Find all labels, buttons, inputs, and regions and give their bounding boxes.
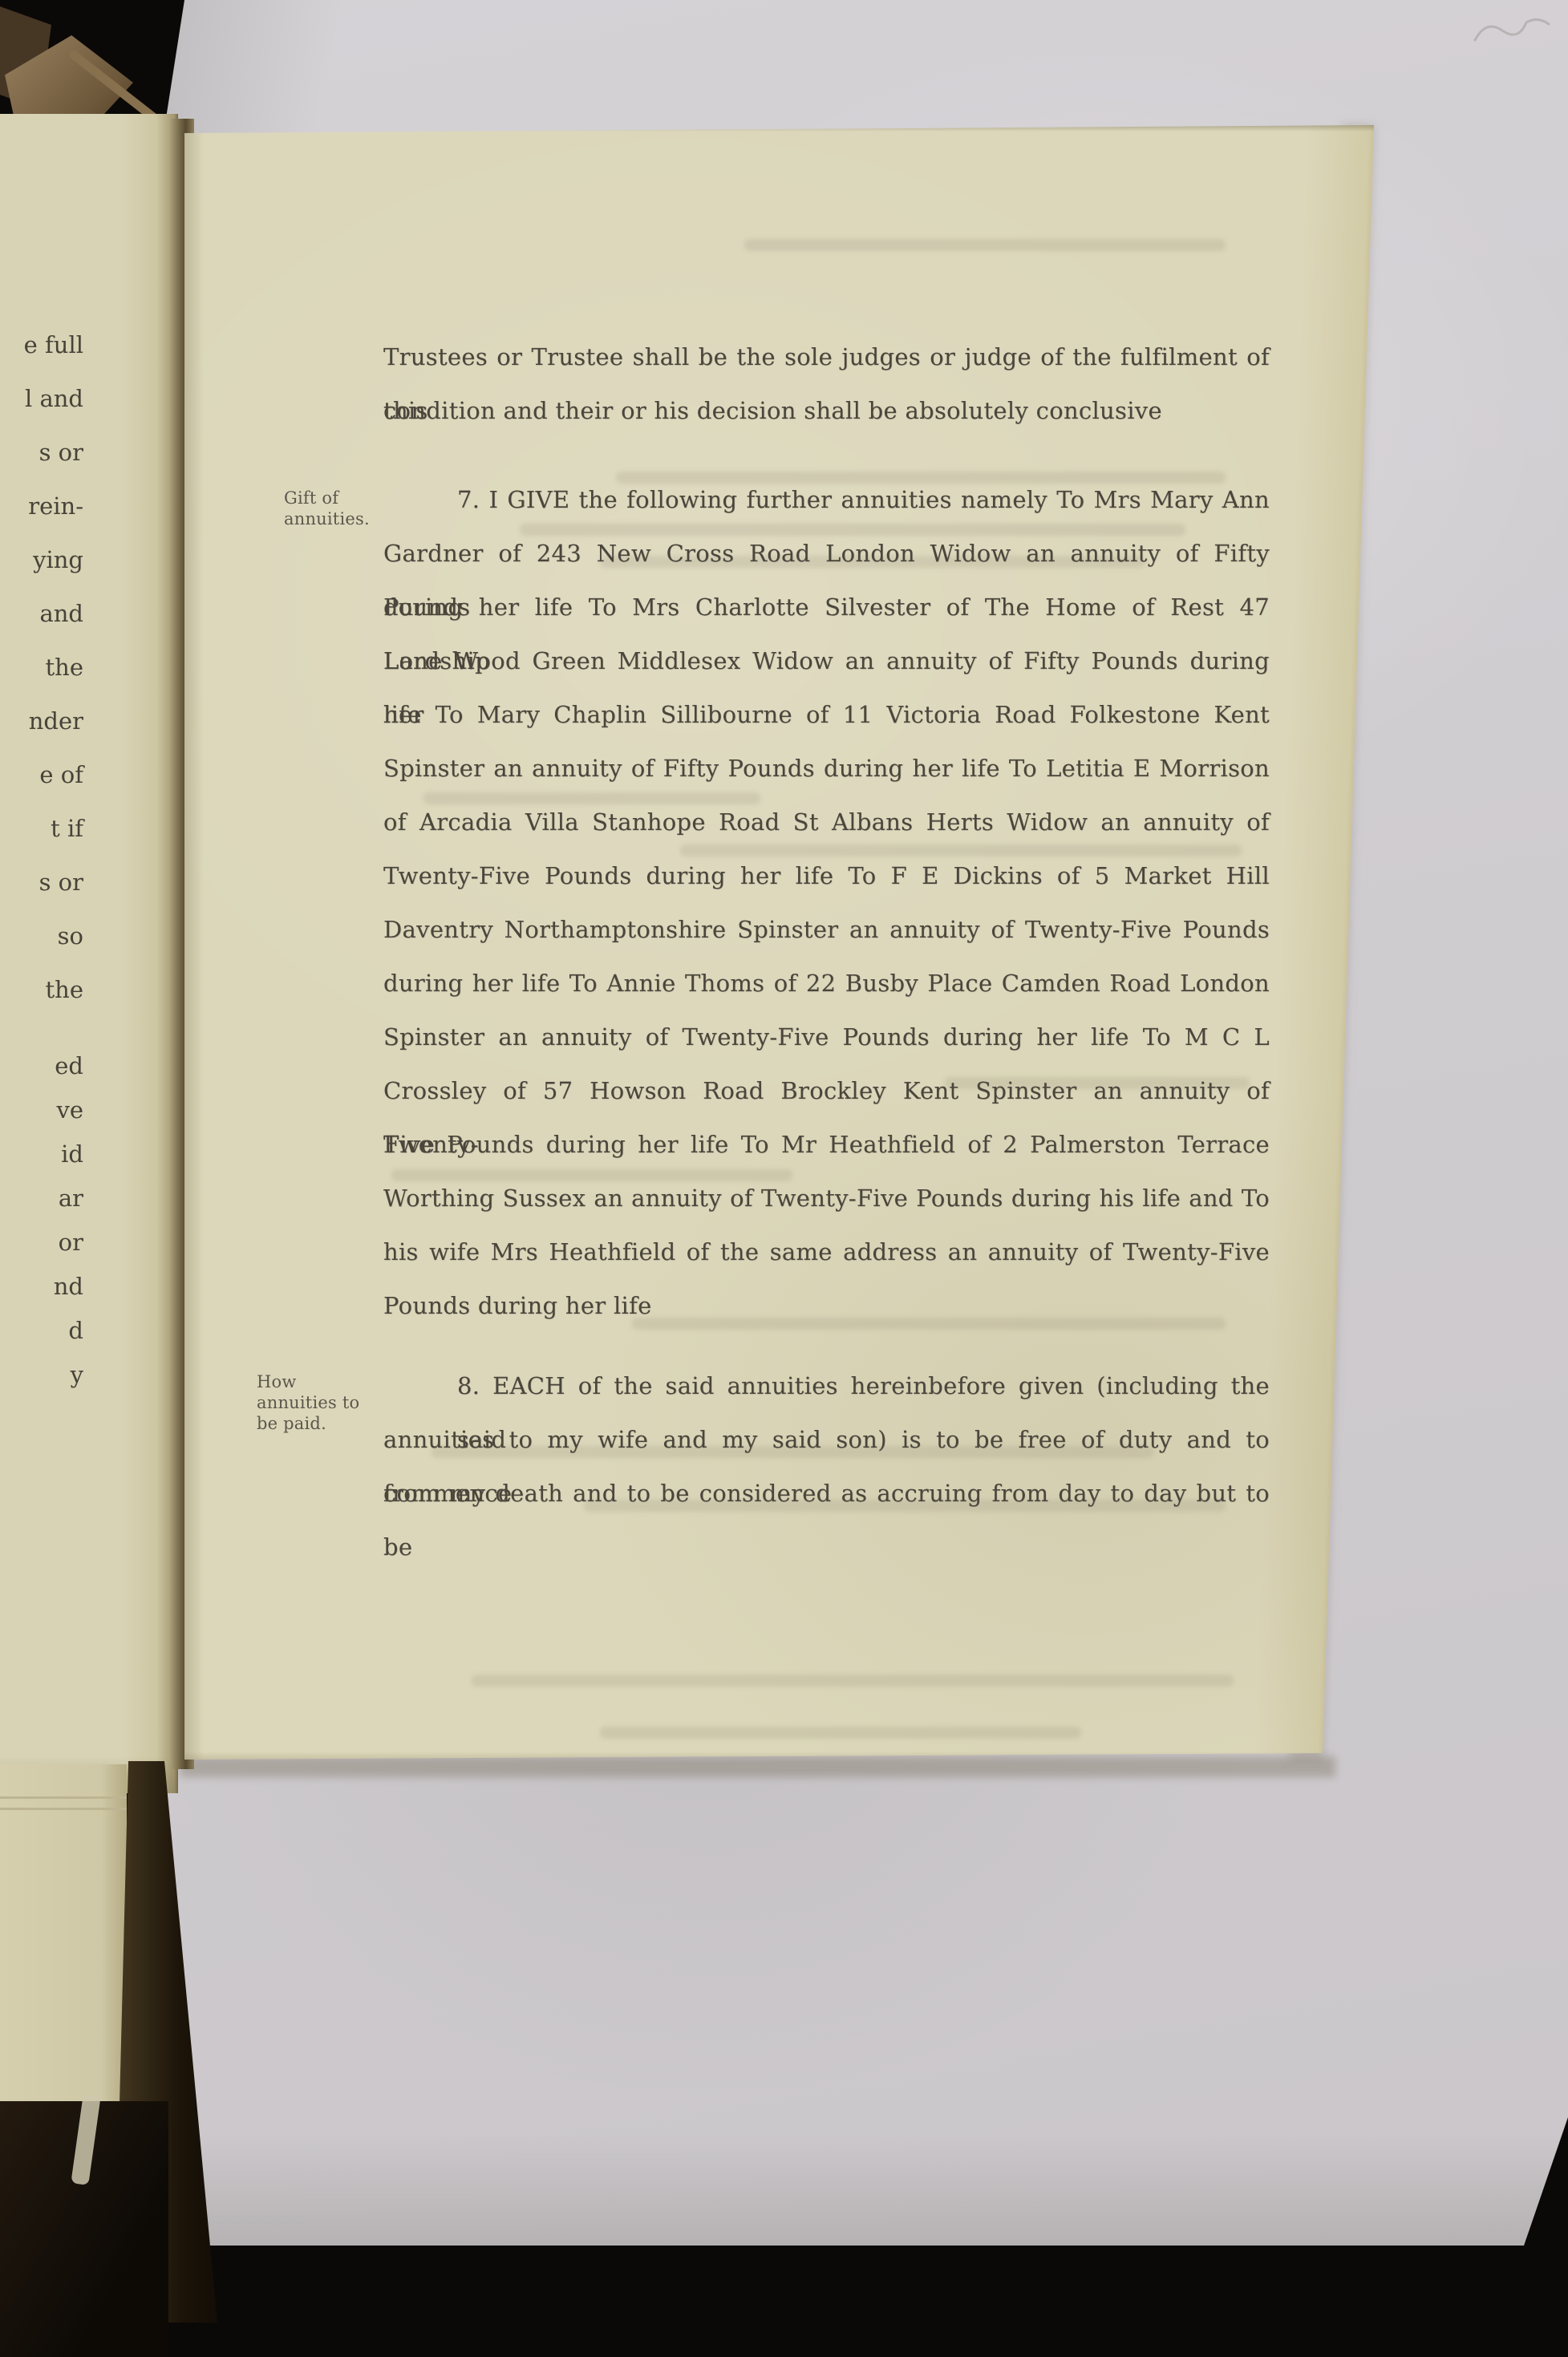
text-line: Worthing Sussex an annuity of Twenty-Fiv… <box>383 1172 1270 1225</box>
text-line: during her life To Mrs Charlotte Silvest… <box>383 581 1270 634</box>
facing-page-text-fragments-upper: e fulll ands orrein-yingandthendere oft … <box>0 318 87 1017</box>
ink-bleed-through <box>600 1727 1081 1739</box>
text-line: Spinster an annuity of Fifty Pounds duri… <box>383 742 1270 796</box>
text-line: his wife Mrs Heathfield of the same addr… <box>383 1225 1270 1279</box>
text-line: Crossley of 57 Howson Road Brockley Kent… <box>383 1064 1270 1118</box>
page-cast-shadow-bottom <box>180 1756 1335 1777</box>
text-line: during her life To Annie Thoms of 22 Bus… <box>383 957 1270 1010</box>
cut-off-word-fragment: the <box>0 641 83 695</box>
cut-off-word-fragment: ar <box>0 1176 83 1221</box>
cut-off-word-fragment: or <box>0 1221 83 1265</box>
paragraph-clause-8: 8. EACH of the said annuities hereinbefo… <box>383 1359 1270 1521</box>
facing-page-edge: e fulll ands orrein-yingandthendere oft … <box>0 114 178 1793</box>
margin-note-how-annuities-paid: How annuities to be paid. <box>257 1371 401 1434</box>
cut-off-word-fragment: rein- <box>0 480 83 533</box>
text-line: Spinster an annuity of Twenty-Five Pound… <box>383 1010 1270 1064</box>
text-line: Lane Wood Green Middlesex Widow an annui… <box>383 634 1270 688</box>
cut-off-word-fragment: s or <box>0 426 83 480</box>
cut-off-word-fragment: and <box>0 587 83 641</box>
cut-off-word-fragment: y <box>0 1353 83 1397</box>
cut-off-word-fragment: ve <box>0 1088 83 1132</box>
cut-off-word-fragment: id <box>0 1132 83 1176</box>
facing-page-text-fragments-lower: edveidarornddy <box>0 1044 87 1397</box>
cut-off-word-fragment: so <box>0 909 83 963</box>
backing-bottom-shade <box>0 2133 1568 2246</box>
page-crease <box>0 1796 127 1799</box>
page-crease <box>0 1808 127 1810</box>
paragraph-continuation: Trustees or Trustee shall be the sole ju… <box>383 330 1270 438</box>
will-document-page: Gift of annuities. How annuities to be p… <box>183 119 1386 1772</box>
ink-bleed-through <box>472 1675 1234 1687</box>
text-line: Five Pounds during her life To Mr Heathf… <box>383 1118 1270 1172</box>
cut-off-word-fragment: the <box>0 963 83 1017</box>
cut-off-word-fragment: d <box>0 1309 83 1353</box>
text-line: Trustees or Trustee shall be the sole ju… <box>383 330 1270 384</box>
text-line: of Arcadia Villa Stanhope Road St Albans… <box>383 796 1270 849</box>
text-line: from my death and to be considered as ac… <box>383 1467 1270 1521</box>
cut-off-word-fragment: nder <box>0 695 83 748</box>
scanned-book-photograph: { "document": { "paragraphs": [ { "name"… <box>0 0 1568 2357</box>
page-left-edge <box>183 119 204 1772</box>
text-line: Twenty-Five Pounds during her life To F … <box>383 849 1270 903</box>
text-line: life To Mary Chaplin Sillibourne of 11 V… <box>383 688 1270 742</box>
text-line: 8. EACH of the said annuities hereinbefo… <box>383 1359 1270 1413</box>
cut-off-word-fragment: s or <box>0 856 83 909</box>
cut-off-word-fragment: e full <box>0 318 83 372</box>
text-line: 7. I GIVE the following further annuitie… <box>383 473 1270 527</box>
ink-bleed-through <box>744 239 1226 251</box>
text-line: Daventry Northamptonshire Spinster an an… <box>383 903 1270 957</box>
cut-off-word-fragment: nd <box>0 1265 83 1309</box>
paragraph-clause-7: 7. I GIVE the following further annuitie… <box>383 473 1270 1333</box>
cut-off-word-fragment: ying <box>0 533 83 587</box>
cut-off-word-fragment: l and <box>0 372 83 426</box>
cut-off-word-fragment: e of <box>0 748 83 802</box>
underlying-page-stack <box>0 1764 127 2141</box>
text-line: Pounds during her life <box>383 1279 1270 1333</box>
cut-off-word-fragment: ed <box>0 1044 83 1088</box>
cut-off-word-fragment: t if <box>0 802 83 856</box>
pencil-mark <box>1472 11 1560 53</box>
text-line: condition and their or his decision shal… <box>383 384 1270 438</box>
text-line: annuities to my wife and my said son) is… <box>383 1413 1270 1467</box>
text-line: Gardner of 243 New Cross Road London Wid… <box>383 527 1270 581</box>
